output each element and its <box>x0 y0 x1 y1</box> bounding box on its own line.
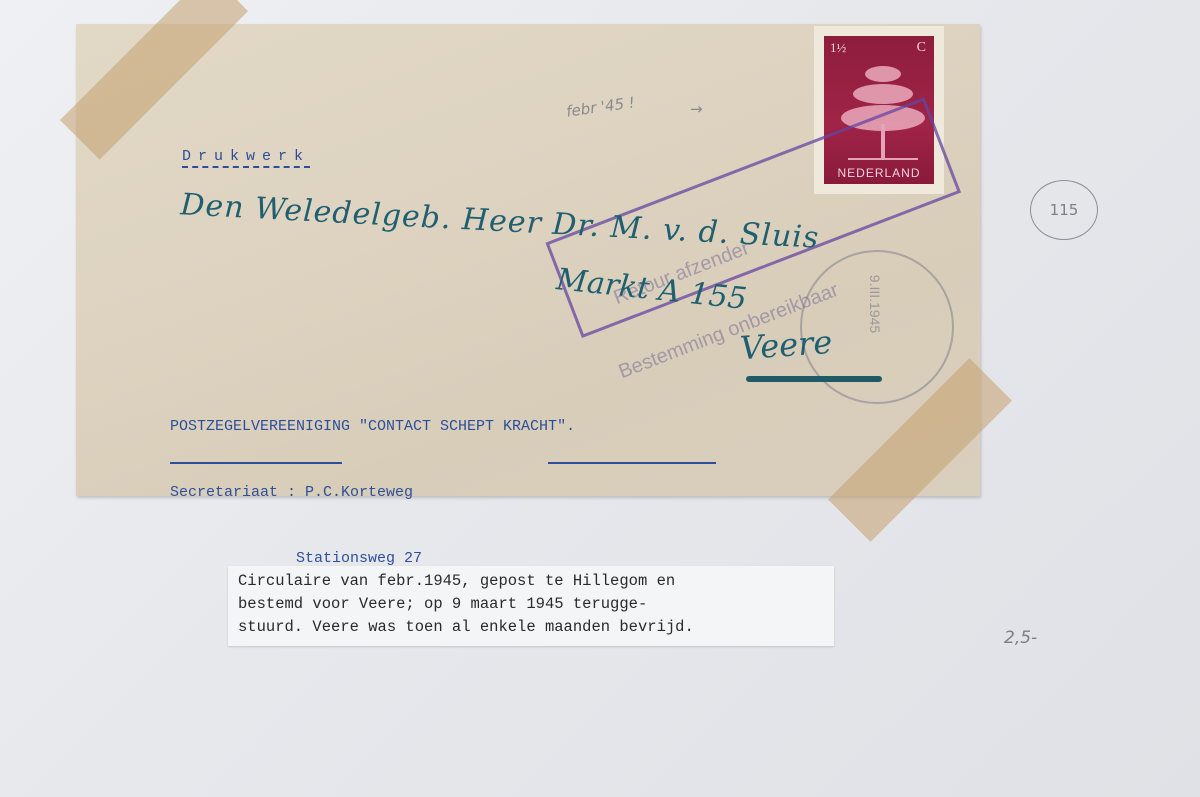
caption-line: Circulaire van febr.1945, gepost te Hill… <box>238 570 824 593</box>
address-city-underline <box>746 376 882 382</box>
printed-matter-label: Drukwerk <box>182 148 310 168</box>
sender-organisation: POSTZEGELVEREENIGING "CONTACT SCHEPT KRA… <box>170 416 575 438</box>
sender-rule-right <box>548 462 716 464</box>
page-number-note: 115 <box>1030 180 1098 240</box>
sender-rule-left <box>170 462 342 464</box>
address-city: Veere <box>739 323 834 367</box>
price-note: 2,5- <box>1004 628 1037 648</box>
caption-label: Circulaire van febr.1945, gepost te Hill… <box>228 566 834 646</box>
album-page: 1½ C NEDERLAND febr '45 ! → Drukwerk Ret… <box>0 0 1200 797</box>
caption-line: stuurd. Veere was toen al enkele maanden… <box>238 616 824 639</box>
sender-secretariat: Secretariaat : P.C.Korteweg <box>170 482 575 504</box>
pencil-arrow-icon: → <box>690 100 703 118</box>
postmark-date: 9.III.1945 <box>867 275 883 333</box>
caption-line: bestemd voor Veere; op 9 maart 1945 teru… <box>238 593 824 616</box>
